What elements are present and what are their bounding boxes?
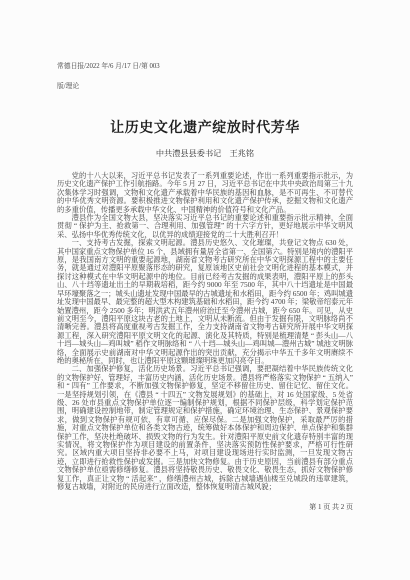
- page-title: 让历史文化遗产绽放时代芳华: [57, 117, 353, 137]
- masthead: 常德日报/2022 年/6 月/17 日/第 003 版/理论: [57, 52, 353, 102]
- article-body: 党的十八大以来，习近平总书记发表了一系列重要论述，作出一系列重要指示批示，为历史…: [57, 172, 353, 491]
- page-number: 第 1 页 共 2 页: [309, 502, 353, 512]
- masthead-line-2: 版/理论: [57, 82, 353, 92]
- paragraph-intro: 党的十八大以来，习近平总书记发表了一系列重要论述，作出一系列重要指示批示，为历史…: [57, 172, 353, 214]
- paragraph-section-2: 二、加强保护修复，活化历史场景。习近平总书记强调，要把凝结着中华民族传统文化的文…: [57, 365, 353, 491]
- masthead-line-1: 常德日报/2022 年/6 月/17 日/第 003: [57, 62, 353, 72]
- paragraph-section-1: 一、支持考古发掘，探索文明起源。澧县历史悠久、文化璀璨，共登记文物点 630 处…: [57, 239, 353, 365]
- byline: 中共澧县县委书记 王兆铭: [57, 148, 353, 159]
- document-page: 常德日报/2022 年/6 月/17 日/第 003 版/理论 让历史文化遗产绽…: [0, 0, 410, 580]
- paragraph-overview: 澧县作为全国文物大县，坚决落实习近平总书记的重要论述和重要指示批示精神，全面贯彻…: [57, 214, 353, 239]
